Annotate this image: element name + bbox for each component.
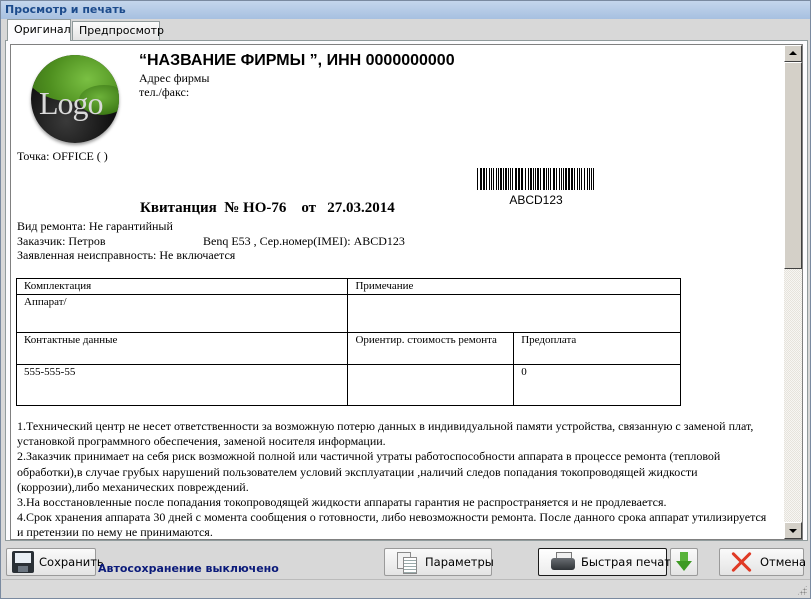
red-x-icon xyxy=(730,551,752,573)
save-button[interactable]: Сохранить xyxy=(6,548,96,576)
header-contacts: Контактные данные xyxy=(17,333,348,365)
service-point: Точка: OFFICE ( ) xyxy=(17,149,108,164)
resize-grip-icon[interactable] xyxy=(797,585,807,595)
header-estimated-cost: Ориентир. стоимость ремонта xyxy=(348,333,514,365)
term-3: 3.На восстановленные после попадания ток… xyxy=(17,495,772,510)
quick-print-button[interactable]: Быстрая печать xyxy=(538,548,667,576)
document-pages-icon xyxy=(395,551,417,573)
term-4: 4.Срок хранения аппарата 30 дней с момен… xyxy=(17,510,772,540)
firm-address: Адрес фирмы xyxy=(139,71,209,86)
device-info: Benq E53 , Сер.номер(IMEI): ABCD123 xyxy=(203,234,405,249)
term-1: 1.Технический центр не несет ответственн… xyxy=(17,419,772,449)
company-logo: Logo xyxy=(31,55,119,143)
floppy-disk-icon xyxy=(12,551,34,573)
term-2: 2.Заказчик принимает на себя риск возмож… xyxy=(17,449,772,495)
value-contacts: 555-555-55 xyxy=(17,365,348,406)
printer-icon xyxy=(551,552,575,572)
cancel-button[interactable]: Отмена xyxy=(719,548,804,576)
cancel-label: Отмена xyxy=(760,555,806,569)
firm-phone: тел./факс: xyxy=(139,85,189,100)
value-equipment: Аппарат/ xyxy=(17,295,348,333)
terms-and-conditions: 1.Технический центр не несет ответственн… xyxy=(17,419,772,540)
window-title: Просмотр и печать xyxy=(5,3,126,16)
header-prepayment: Предоплата xyxy=(514,333,681,365)
autosave-status: Автосохранение выключено xyxy=(98,562,279,575)
green-down-arrow-icon xyxy=(676,552,692,572)
table-row: Комплектация Примечание xyxy=(17,279,681,295)
barcode xyxy=(477,168,595,190)
value-estimated-cost xyxy=(348,365,514,406)
table-row: Аппарат/ xyxy=(17,295,681,333)
barcode-text: ABCD123 xyxy=(477,193,595,207)
quick-print-label: Быстрая печать xyxy=(581,555,678,569)
scroll-down-button[interactable] xyxy=(784,522,802,539)
header-equipment: Комплектация xyxy=(17,279,348,295)
scroll-up-button[interactable] xyxy=(784,45,802,62)
status-bar xyxy=(2,579,810,598)
header-note: Примечание xyxy=(348,279,681,295)
receipt-title: Квитанция № НО-76 от 27.03.2014 xyxy=(140,200,395,217)
declared-fault: Заявленная неисправность: Не включается xyxy=(17,248,235,263)
vertical-scrollbar[interactable] xyxy=(784,45,802,539)
repair-type: Вид ремонта: Не гарантийный xyxy=(17,219,173,234)
parameters-button[interactable]: Параметры xyxy=(384,548,492,576)
table-row: 555-555-55 0 xyxy=(17,365,681,406)
firm-name: “НАЗВАНИЕ ФИРМЫ ”, ИНН 0000000000 xyxy=(139,52,455,70)
arrow-down-icon xyxy=(789,529,797,533)
scrollbar-thumb[interactable] xyxy=(784,62,802,269)
tab-original[interactable]: Оригинал xyxy=(7,19,71,41)
tab-preview[interactable]: Предпросмотр xyxy=(72,21,160,40)
value-prepayment: 0 xyxy=(514,365,681,406)
export-down-button[interactable] xyxy=(670,548,698,576)
title-bar: Просмотр и печать xyxy=(1,1,810,19)
arrow-up-icon xyxy=(789,51,797,55)
table-row: Контактные данные Ориентир. стоимость ре… xyxy=(17,333,681,365)
customer: Заказчик: Петров xyxy=(17,234,105,249)
value-note xyxy=(348,295,681,333)
save-label: Сохранить xyxy=(39,555,104,569)
document-viewer[interactable]: Logo “НАЗВАНИЕ ФИРМЫ ”, ИНН 0000000000 А… xyxy=(10,44,803,540)
print-preview-window: Просмотр и печать Оригинал Предпросмотр … xyxy=(0,0,811,599)
receipt-table: Комплектация Примечание Аппарат/ Контакт… xyxy=(16,278,681,406)
parameters-label: Параметры xyxy=(425,555,494,569)
receipt-document: Logo “НАЗВАНИЕ ФИРМЫ ”, ИНН 0000000000 А… xyxy=(11,45,781,539)
